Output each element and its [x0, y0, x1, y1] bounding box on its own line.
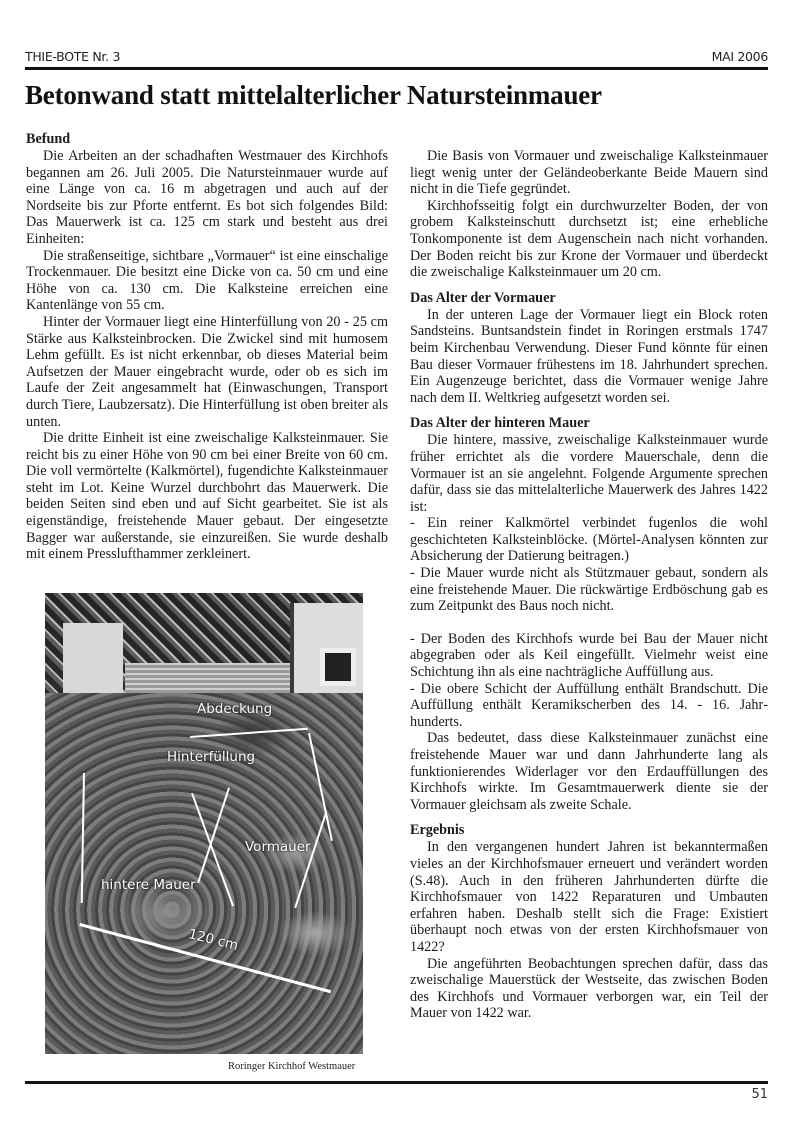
- paragraph: Die dritte Einheit ist eine zweischalige…: [26, 430, 388, 563]
- header-rule: [25, 67, 768, 70]
- paragraph: In der unteren Lage der Vormauer liegt e…: [410, 307, 768, 407]
- window: [320, 648, 356, 686]
- paragraph: Die straßenseitige, sichtbare „Vormauer“…: [26, 248, 388, 314]
- article-title: Betonwand statt mittelalterlicher Naturs…: [25, 80, 602, 111]
- paragraph: In den vergangenen hundert Jahren ist be…: [410, 839, 768, 955]
- running-header: THIE-BOTE Nr. 3 MAI 2006: [25, 46, 768, 66]
- paragraph: Die Arbeiten an der schadhaften Westmaue…: [26, 148, 388, 248]
- label-vormauer: Vormauer: [245, 839, 311, 855]
- wall-photo: Abdeckung Hinterfüllung Vormauer hintere…: [45, 593, 363, 1054]
- page-number: 51: [751, 1087, 768, 1102]
- issue-date: MAI 2006: [712, 49, 768, 64]
- bullet-item: - Die Mauer wurde nicht als Stützmauer g…: [410, 565, 768, 615]
- bullet-item: - Ein reiner Kalkmörtel verbindet fugenl…: [410, 515, 768, 565]
- paragraph: Das bedeutet, dass diese Kalksteinmauer …: [410, 730, 768, 813]
- publication-name: THIE-BOTE Nr. 3: [25, 49, 120, 64]
- paragraph: Die Basis von Vormauer und zweischalige …: [410, 148, 768, 198]
- heading-befund: Befund: [26, 131, 388, 148]
- heading-ergebnis: Ergebnis: [410, 822, 768, 839]
- stone-wall-section: [45, 693, 363, 1054]
- heading-alter-hintere-mauer: Das Alter der hinteren Mauer: [410, 415, 768, 432]
- bullet-item: - Der Boden des Kirchhofs wurde bei Bau …: [410, 631, 768, 681]
- footer-rule: [25, 1081, 768, 1084]
- heading-alter-vormauer: Das Alter der Vormauer: [410, 290, 768, 307]
- left-column: Befund Die Arbeiten an der schadhaften W…: [26, 131, 388, 563]
- right-column: Die Basis von Vormauer und zweischalige …: [410, 148, 768, 1022]
- paragraph: Die angeführten Beobachtungen sprechen d…: [410, 956, 768, 1022]
- bullet-item: - Die obere Schicht der Auffüllung enthä…: [410, 681, 768, 731]
- label-hinterfuellung: Hinterfüllung: [167, 749, 255, 765]
- label-hintere-mauer: hintere Mauer: [101, 877, 196, 893]
- paragraph: Die hintere, massive, zweischalige Kalks…: [410, 432, 768, 515]
- paragraph: Hinter der Vormauer liegt eine Hinterfül…: [26, 314, 388, 430]
- photo-caption: Roringer Kirchhof Westmauer: [228, 1061, 355, 1072]
- paragraph: Kirchhofsseitig folgt ein durchwurzelter…: [410, 198, 768, 281]
- label-abdeckung: Abdeckung: [197, 701, 272, 717]
